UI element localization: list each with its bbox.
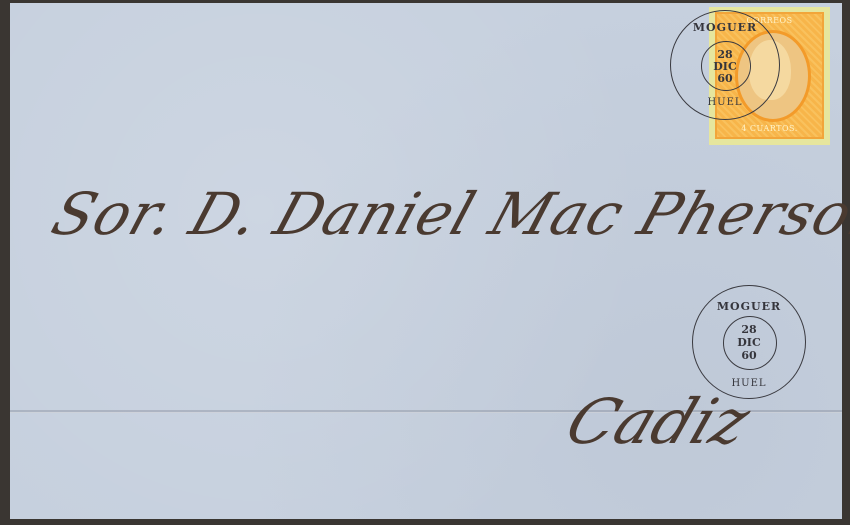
postmark-year: 60 — [693, 350, 805, 362]
destination-handwriting: Cadiz — [557, 385, 760, 458]
postmark-top: MOGUER 28 DIC 60 HUEL — [670, 10, 780, 120]
addressee-handwriting: Sor. D. Daniel Mac Pherson — [44, 180, 850, 248]
postmark-town: MOGUER — [693, 300, 805, 313]
stamp-value: 4 CUARTOS. — [717, 124, 822, 133]
postmark-month: DIC — [693, 337, 805, 349]
postmark-bottom: MOGUER 28 DIC 60 HUEL — [692, 285, 806, 399]
postmark-year: 60 — [671, 73, 779, 85]
postmark-day: 28 — [693, 324, 805, 336]
postmark-province: HUEL — [671, 97, 779, 108]
postmark-town: MOGUER — [671, 21, 779, 34]
